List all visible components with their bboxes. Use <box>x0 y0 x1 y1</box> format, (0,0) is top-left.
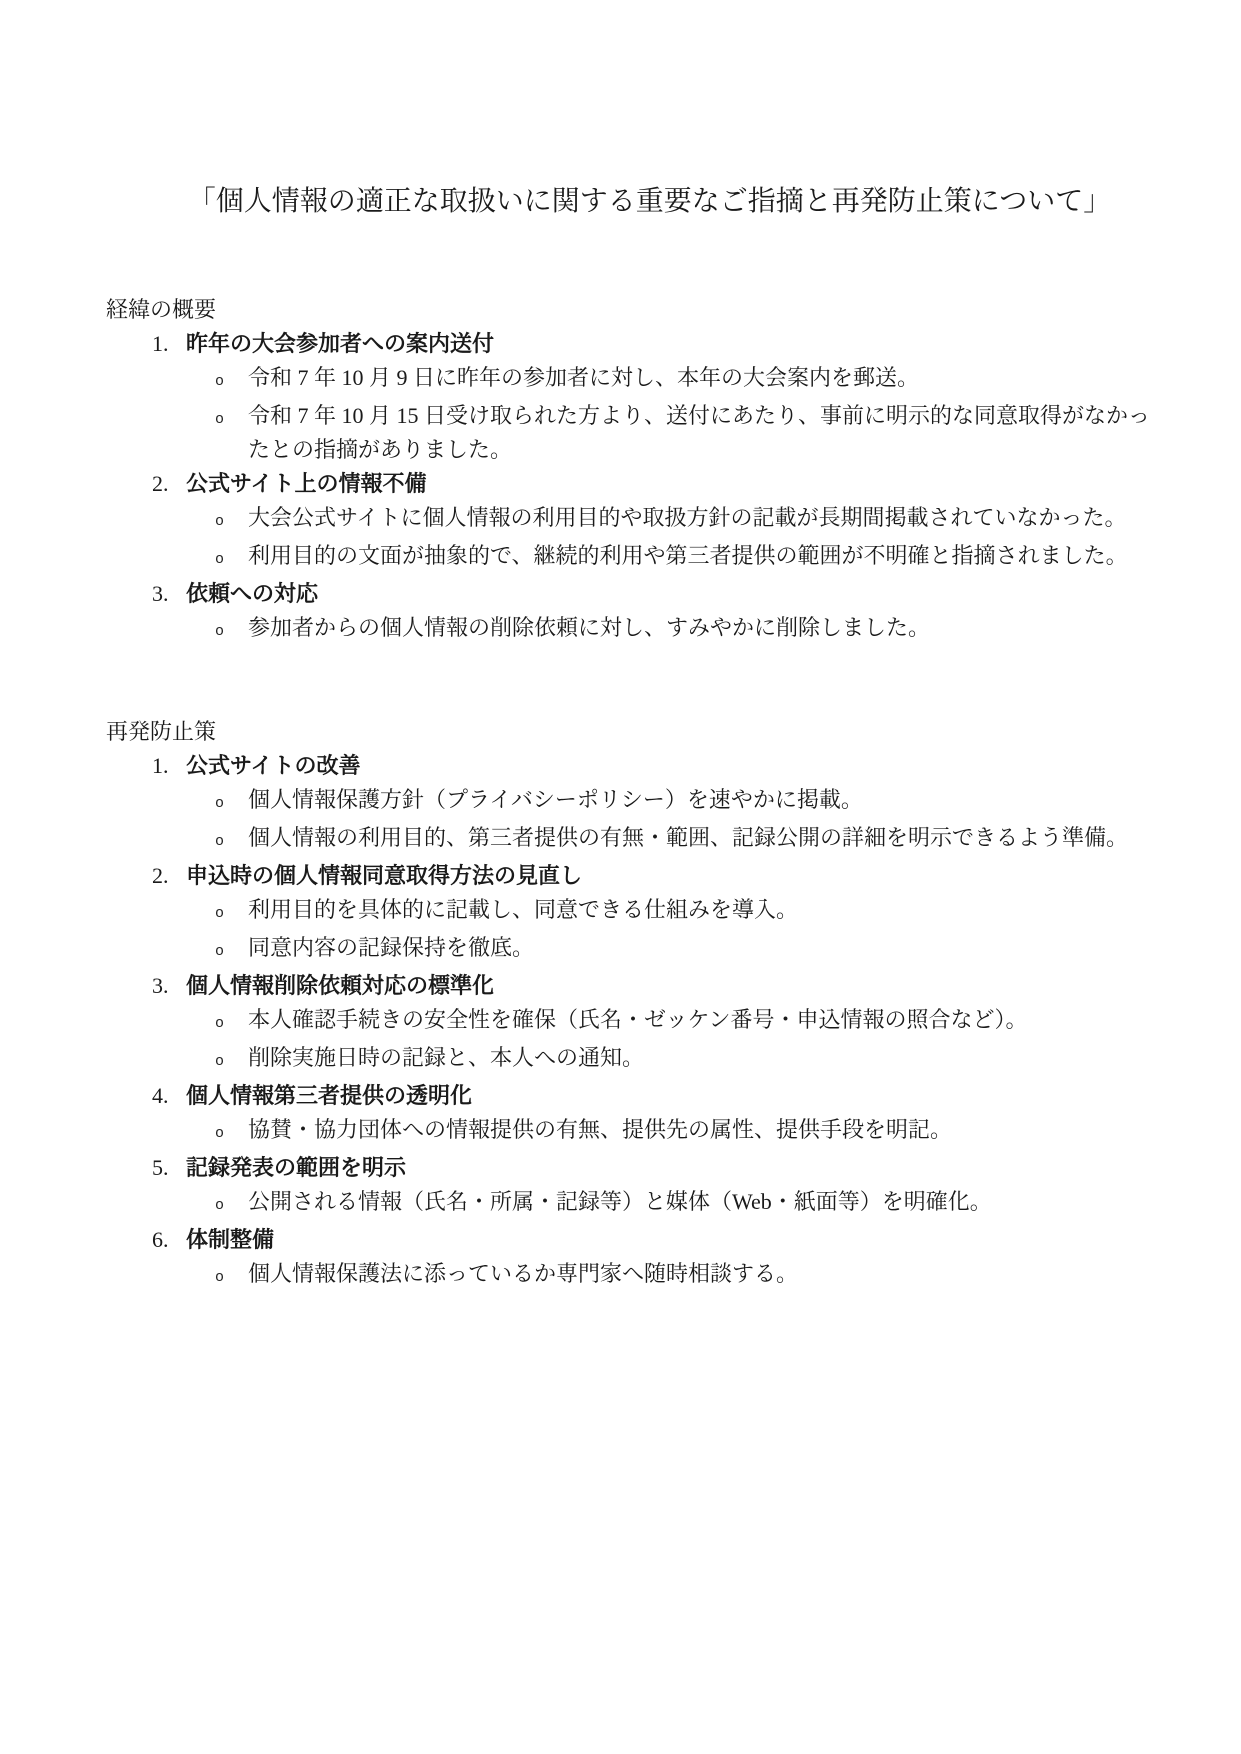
bullet-text: 協賛・協力団体への情報提供の有無、提供先の属性、提供手段を明記。 <box>248 1113 952 1147</box>
item-number: 5. <box>152 1151 186 1185</box>
list-item: 2. 公式サイト上の情報不備 o 大会公式サイトに個人情報の利用目的や取扱方針の… <box>106 467 1193 577</box>
bullet-marker: o <box>215 935 248 969</box>
item-number: 2. <box>152 859 186 893</box>
bullet-item: o 個人情報保護方針（プライバシーポリシー）を速やかに掲載。 <box>106 783 1193 821</box>
list-item: 1. 公式サイトの改善 o 個人情報保護方針（プライバシーポリシー）を速やかに掲… <box>106 749 1193 859</box>
bullet-item: o 令和 7 年 10 月 15 日受け取られた方より、送付にあたり、事前に明示… <box>106 399 1193 467</box>
list-item-heading: 6. 体制整備 <box>106 1223 1193 1257</box>
item-title: 公式サイトの改善 <box>186 749 360 783</box>
item-title: 依頼への対応 <box>186 577 318 611</box>
item-title: 個人情報第三者提供の透明化 <box>186 1079 472 1113</box>
list-item: 4. 個人情報第三者提供の透明化 o 協賛・協力団体への情報提供の有無、提供先の… <box>106 1079 1193 1151</box>
item-title: 申込時の個人情報同意取得方法の見直し <box>186 859 582 893</box>
bullet-marker: o <box>215 1045 248 1079</box>
bullet-marker: o <box>215 1189 248 1223</box>
bullet-marker: o <box>215 1007 248 1041</box>
bullet-text: 個人情報保護方針（プライバシーポリシー）を速やかに掲載。 <box>248 783 863 817</box>
list-item-heading: 5. 記録発表の範囲を明示 <box>106 1151 1193 1185</box>
bullet-item: o 大会公式サイトに個人情報の利用目的や取扱方針の記載が長期間掲載されていなかっ… <box>106 501 1193 539</box>
bullet-marker: o <box>215 1261 248 1295</box>
section-heading: 経緯の概要 <box>106 293 1193 327</box>
section-heading: 再発防止策 <box>106 715 1193 749</box>
item-number: 3. <box>152 969 186 1003</box>
document-page: 「個人情報の適正な取扱いに関する重要なご指摘と再発防止策について」 経緯の概要 … <box>0 0 1241 1754</box>
item-number: 3. <box>152 577 186 611</box>
bullet-text: 同意内容の記録保持を徹底。 <box>248 931 534 965</box>
list-item-heading: 4. 個人情報第三者提供の透明化 <box>106 1079 1193 1113</box>
bullet-marker: o <box>215 787 248 821</box>
bullet-marker: o <box>215 543 248 577</box>
section-prevention-measures: 再発防止策 1. 公式サイトの改善 o 個人情報保護方針（プライバシーポリシー）… <box>106 715 1193 1295</box>
bullet-marker: o <box>215 505 248 539</box>
bullet-item: o 個人情報保護法に添っているか専門家へ随時相談する。 <box>106 1257 1193 1295</box>
bullet-text: 利用目的の文面が抽象的で、継続的利用や第三者提供の範囲が不明確と指摘されました。 <box>248 539 1128 573</box>
item-title: 個人情報削除依頼対応の標準化 <box>186 969 494 1003</box>
bullet-item: o 参加者からの個人情報の削除依頼に対し、すみやかに削除しました。 <box>106 611 1193 649</box>
bullet-text: 個人情報の利用目的、第三者提供の有無・範囲、記録公開の詳細を明示できるよう準備。 <box>248 821 1128 855</box>
bullet-marker: o <box>215 365 248 399</box>
bullet-item: o 令和 7 年 10 月 9 日に昨年の参加者に対し、本年の大会案内を郵送。 <box>106 361 1193 399</box>
item-number: 6. <box>152 1223 186 1257</box>
list-item-heading: 1. 昨年の大会参加者への案内送付 <box>106 327 1193 361</box>
item-title: 昨年の大会参加者への案内送付 <box>186 327 494 361</box>
bullet-item: o 利用目的を具体的に記載し、同意できる仕組みを導入。 <box>106 893 1193 931</box>
bullet-marker: o <box>215 1117 248 1151</box>
item-title: 公式サイト上の情報不備 <box>186 467 426 501</box>
item-title: 記録発表の範囲を明示 <box>186 1151 406 1185</box>
list-item: 6. 体制整備 o 個人情報保護法に添っているか専門家へ随時相談する。 <box>106 1223 1193 1295</box>
item-title: 体制整備 <box>186 1223 274 1257</box>
list-item: 1. 昨年の大会参加者への案内送付 o 令和 7 年 10 月 9 日に昨年の参… <box>106 327 1193 467</box>
list-item-heading: 1. 公式サイトの改善 <box>106 749 1193 783</box>
bullet-item: o 公開される情報（氏名・所属・記録等）と媒体（Web・紙面等）を明確化。 <box>106 1185 1193 1223</box>
bullet-marker: o <box>215 897 248 931</box>
item-number: 1. <box>152 749 186 783</box>
document-title: 「個人情報の適正な取扱いに関する重要なご指摘と再発防止策について」 <box>106 0 1193 222</box>
list-item: 5. 記録発表の範囲を明示 o 公開される情報（氏名・所属・記録等）と媒体（We… <box>106 1151 1193 1223</box>
bullet-item: o 個人情報の利用目的、第三者提供の有無・範囲、記録公開の詳細を明示できるよう準… <box>106 821 1193 859</box>
bullet-item: o 利用目的の文面が抽象的で、継続的利用や第三者提供の範囲が不明確と指摘されまし… <box>106 539 1193 577</box>
bullet-marker: o <box>215 615 248 649</box>
list-item-heading: 2. 申込時の個人情報同意取得方法の見直し <box>106 859 1193 893</box>
list-item: 3. 個人情報削除依頼対応の標準化 o 本人確認手続きの安全性を確保（氏名・ゼッ… <box>106 969 1193 1079</box>
bullet-text: 個人情報保護法に添っているか専門家へ随時相談する。 <box>248 1257 798 1291</box>
list-item-heading: 3. 個人情報削除依頼対応の標準化 <box>106 969 1193 1003</box>
bullet-text: 参加者からの個人情報の削除依頼に対し、すみやかに削除しました。 <box>248 611 930 645</box>
list-item-heading: 2. 公式サイト上の情報不備 <box>106 467 1193 501</box>
bullet-text: 令和 7 年 10 月 15 日受け取られた方より、送付にあたり、事前に明示的な… <box>248 399 1153 467</box>
bullet-text: 公開される情報（氏名・所属・記録等）と媒体（Web・紙面等）を明確化。 <box>248 1185 992 1219</box>
section-background-summary: 経緯の概要 1. 昨年の大会参加者への案内送付 o 令和 7 年 10 月 9 … <box>106 293 1193 649</box>
item-number: 4. <box>152 1079 186 1113</box>
bullet-item: o 削除実施日時の記録と、本人への通知。 <box>106 1041 1193 1079</box>
list-item: 3. 依頼への対応 o 参加者からの個人情報の削除依頼に対し、すみやかに削除しま… <box>106 577 1193 649</box>
bullet-item: o 同意内容の記録保持を徹底。 <box>106 931 1193 969</box>
bullet-item: o 協賛・協力団体への情報提供の有無、提供先の属性、提供手段を明記。 <box>106 1113 1193 1151</box>
list-item-heading: 3. 依頼への対応 <box>106 577 1193 611</box>
bullet-text: 本人確認手続きの安全性を確保（氏名・ゼッケン番号・申込情報の照合など）。 <box>248 1003 1027 1037</box>
item-number: 1. <box>152 327 186 361</box>
bullet-text: 令和 7 年 10 月 9 日に昨年の参加者に対し、本年の大会案内を郵送。 <box>248 361 919 395</box>
bullet-text: 削除実施日時の記録と、本人への通知。 <box>248 1041 644 1075</box>
item-number: 2. <box>152 467 186 501</box>
bullet-text: 大会公式サイトに個人情報の利用目的や取扱方針の記載が長期間掲載されていなかった。 <box>248 501 1126 535</box>
bullet-marker: o <box>215 403 248 437</box>
bullet-text: 利用目的を具体的に記載し、同意できる仕組みを導入。 <box>248 893 798 927</box>
list-item: 2. 申込時の個人情報同意取得方法の見直し o 利用目的を具体的に記載し、同意で… <box>106 859 1193 969</box>
bullet-item: o 本人確認手続きの安全性を確保（氏名・ゼッケン番号・申込情報の照合など）。 <box>106 1003 1193 1041</box>
bullet-marker: o <box>215 825 248 859</box>
